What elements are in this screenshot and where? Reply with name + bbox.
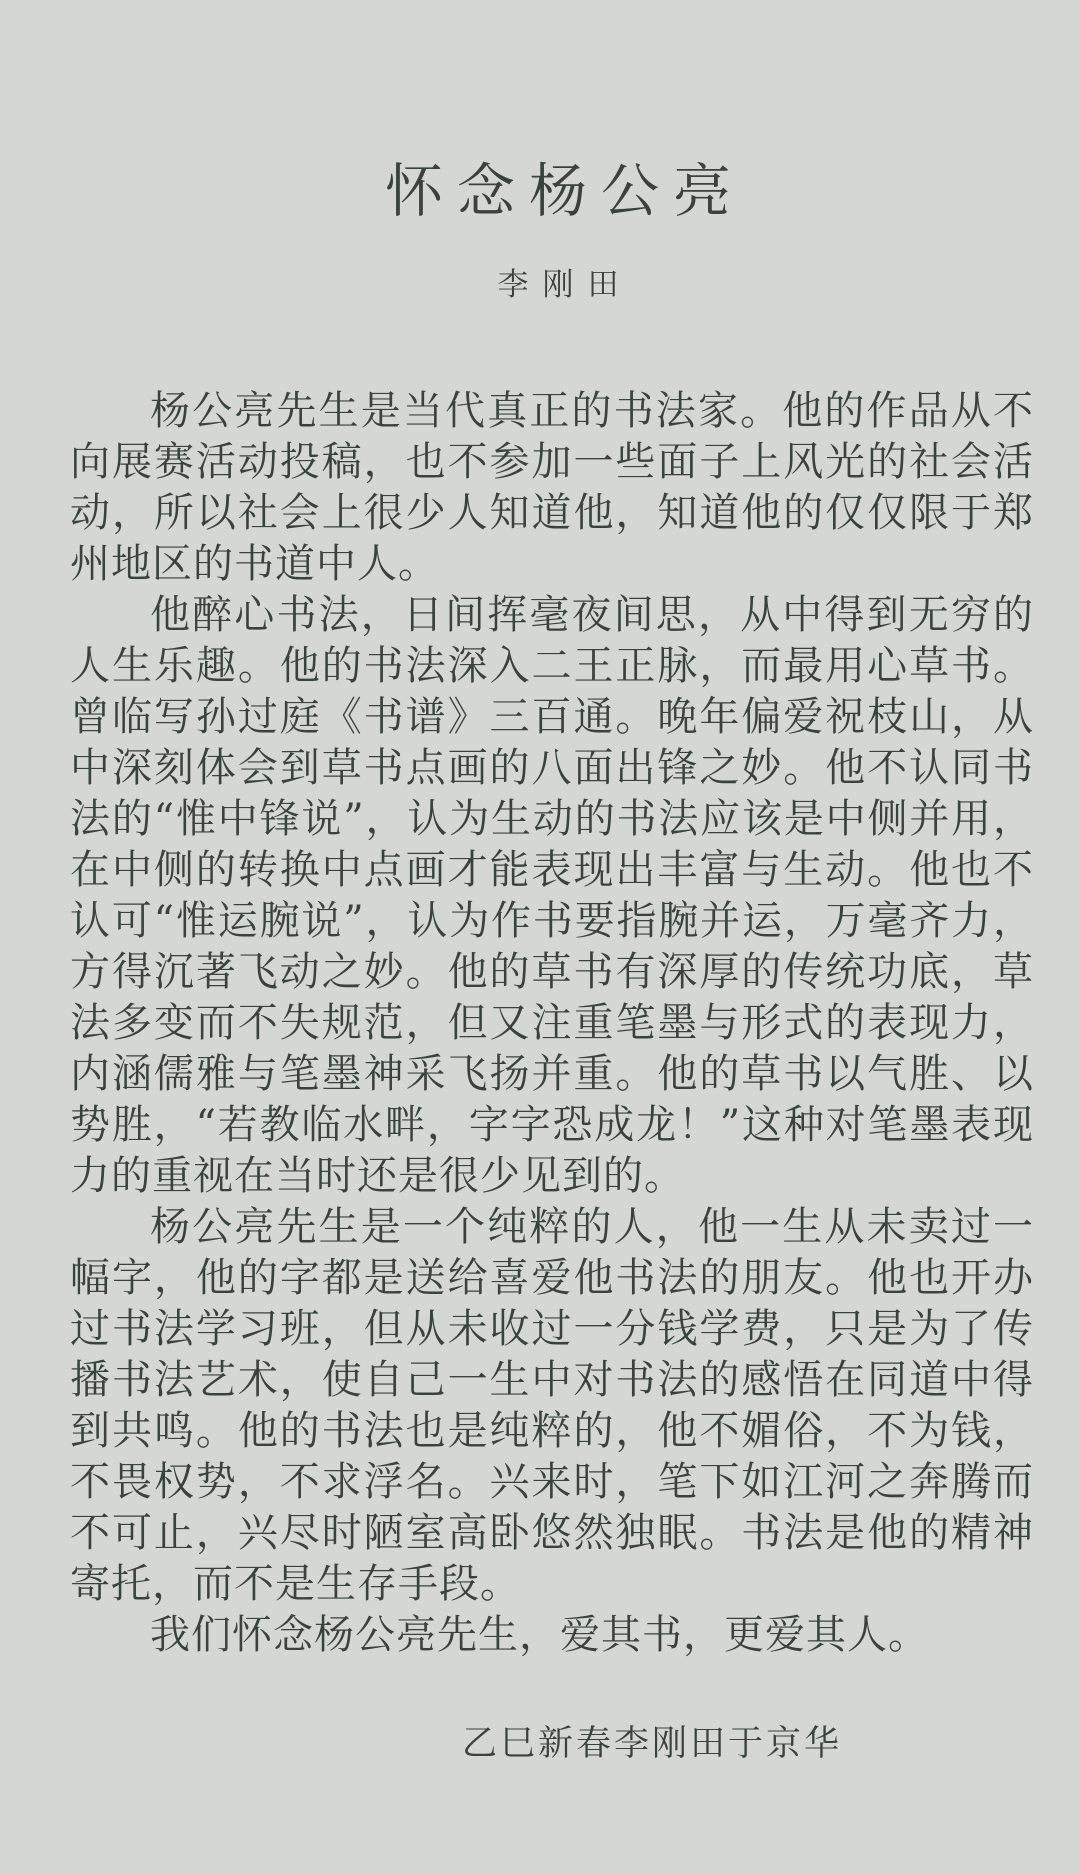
body-paragraph-4: 我们怀念杨公亮先生，爱其书，更爱其人。 xyxy=(70,1610,1034,1661)
document-header: 怀念杨公亮 李刚田 xyxy=(0,0,1080,304)
signature-line: 乙巳新春李刚田于京华 xyxy=(70,1719,1034,1770)
document-body: 杨公亮先生是当代真正的书法家。他的作品从不向展赛活动投稿，也不参加一些面子上风光… xyxy=(0,386,1080,1770)
document-page: 怀念杨公亮 李刚田 杨公亮先生是当代真正的书法家。他的作品从不向展赛活动投稿，也… xyxy=(0,0,1080,1874)
body-paragraph-1: 杨公亮先生是当代真正的书法家。他的作品从不向展赛活动投稿，也不参加一些面子上风光… xyxy=(70,386,1034,590)
body-paragraph-2: 他醉心书法，日间挥毫夜间思，从中得到无穷的人生乐趣。他的书法深入二王正脉，而最用… xyxy=(70,590,1034,1202)
document-title: 怀念杨公亮 xyxy=(18,158,1080,225)
body-paragraph-3: 杨公亮先生是一个纯粹的人，他一生从未卖过一幅字，他的字都是送给喜爱他书法的朋友。… xyxy=(70,1202,1034,1610)
author-name: 李刚田 xyxy=(18,259,1080,304)
